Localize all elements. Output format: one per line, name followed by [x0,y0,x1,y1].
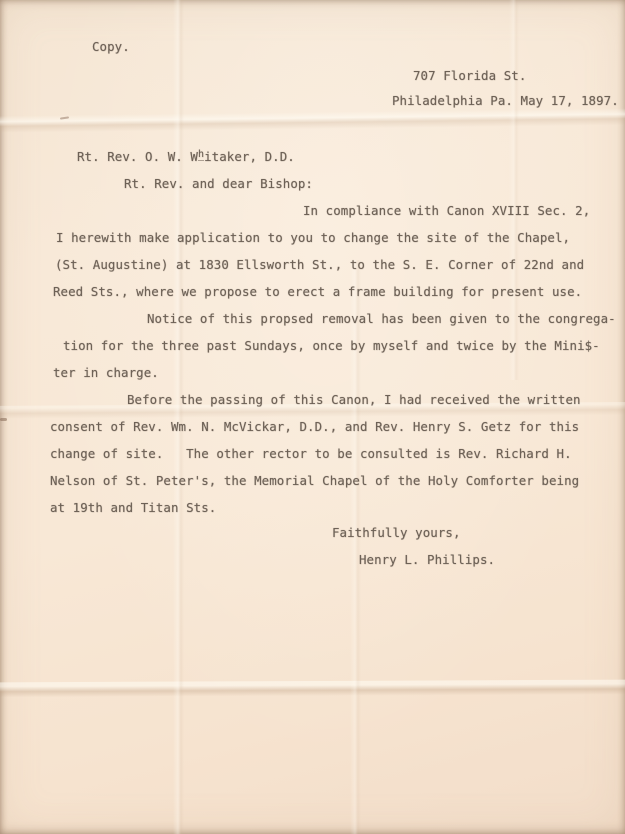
addressee-suffix: itaker, D.D. [204,149,295,164]
letter-page: Copy. 707 Florida St. Philadelphia Pa. M… [0,0,625,834]
sender-address-line: 707 Florida St. [413,68,526,83]
fold-crease-vertical-left [173,0,184,834]
body-line: (St. Augustine) at 1830 Ellsworth St., t… [55,257,584,272]
fold-crease-horizontal-bottom [0,680,625,698]
ink-speck [60,116,69,119]
body-line: at 19th and Titan Sts. [50,500,216,515]
copy-label: Copy. [92,39,130,54]
body-line: ter in charge. [53,365,159,380]
addressee-prefix: Rt. Rev. O. W. W [77,149,198,164]
body-line: In compliance with Canon XVIII Sec. 2, [303,203,590,218]
fold-crease-horizontal-top [0,108,625,133]
body-line: tion for the three past Sundays, once by… [63,338,600,353]
body-line: Notice of this propsed removal has been … [147,311,616,326]
body-line: I herewith make application to you to ch… [56,230,570,245]
addressee-superscript-h: h [198,149,204,161]
salutation-line: Rt. Rev. and dear Bishop: [124,176,313,191]
body-line: Reed Sts., where we propose to erect a f… [53,284,582,299]
paper-blemish [0,418,7,421]
place-date-line: Philadelphia Pa. May 17, 1897. [392,93,619,108]
closing-line: Faithfully yours, [332,525,461,540]
body-line: Nelson of St. Peter's, the Memorial Chap… [50,473,579,488]
body-line: Before the passing of this Canon, I had … [127,392,581,407]
body-line: consent of Rev. Wm. N. McVickar, D.D., a… [50,419,579,434]
signature-line: Henry L. Phillips. [359,552,495,567]
addressee-line: Rt. Rev. O. W. Whitaker, D.D. [77,149,295,166]
body-line: change of site. The other rector to be c… [50,446,572,461]
